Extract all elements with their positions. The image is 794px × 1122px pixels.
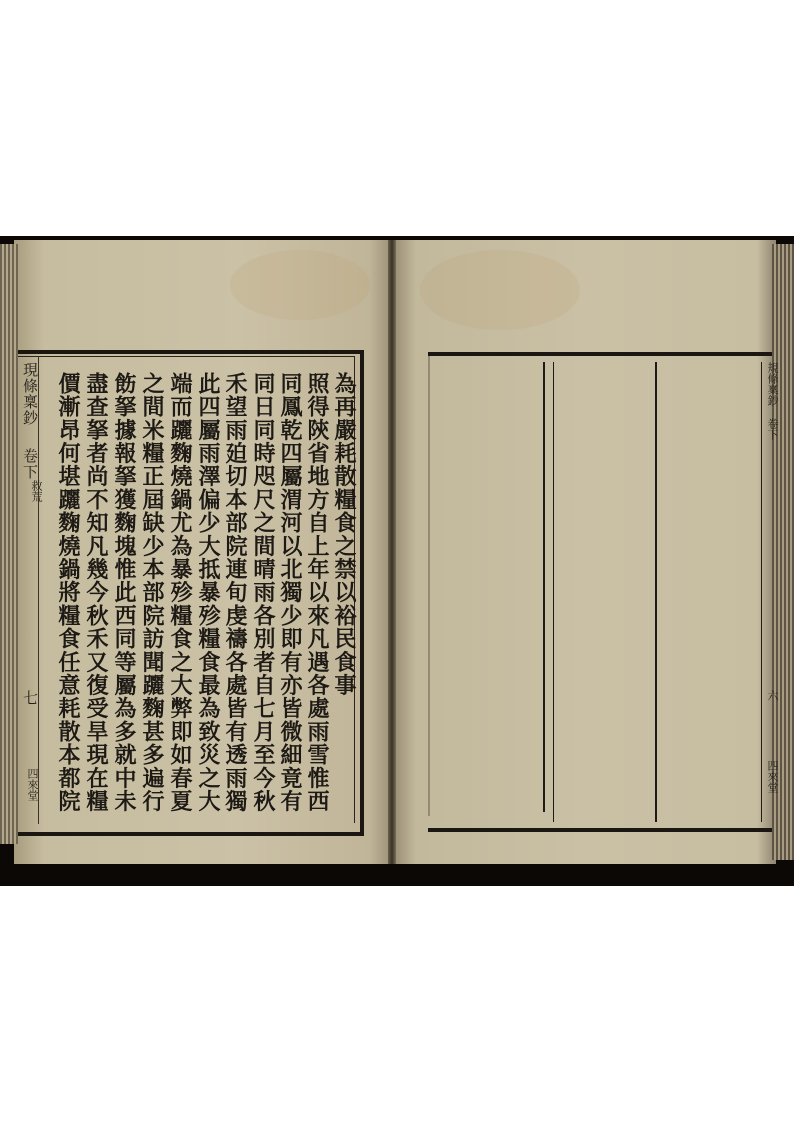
text-column-title: 為再嚴耗散糧食之禁以裕民食事 [332, 372, 356, 697]
paper-stain [230, 250, 370, 320]
right-margin-publisher: 四來堂 [764, 760, 780, 793]
text-column: 禾望雨廹切本部院連旬虔禱各處皆有透雨獨 [223, 372, 247, 813]
margin-rule [761, 362, 762, 822]
text-column: 之間米糧正屆缺少本部院訪聞躧麴甚多遍行 [140, 372, 164, 813]
margin-rule [38, 356, 39, 824]
text-column: 飭拏據報拏獲麴塊惟此西同等屬為多就中未 [112, 372, 136, 813]
faded-frame-edge [428, 356, 550, 816]
column-rule [543, 362, 545, 812]
left-margin-book-title: 現條稟鈔 [20, 362, 41, 426]
column-rule [655, 362, 657, 822]
text-column: 此四屬雨澤偏少大抵暴殄糧食最為致災之大 [196, 372, 220, 813]
text-column: 照得陝省地方自上年以來凡遇各處雨雪惟西 [305, 372, 329, 813]
right-margin-page-number: 六 [764, 690, 780, 701]
left-margin-section: 救荒 [28, 480, 44, 502]
right-margin-volume: 卷下 [764, 418, 780, 440]
column-rule [553, 362, 554, 822]
left-margin-publisher: 四來堂 [24, 768, 40, 801]
book-gutter [388, 240, 396, 864]
left-page-stack-edge [0, 244, 18, 844]
text-column: 價漸昂何堪躧麴燒鍋將糧食任意耗散本都院 [56, 372, 80, 813]
text-column: 盡查拏者尚不知凡幾今秋禾又復受旱現在糧 [84, 372, 108, 813]
text-column: 端而躧麴燒鍋尤為暴殄糧食之大弊即如春夏 [168, 372, 192, 813]
text-column: 同日同時咫尺之間晴雨各別者自七月至今秋 [251, 372, 275, 813]
left-margin-page-number: 七 [20, 690, 41, 706]
text-column: 同鳳乾四屬渭河以北獨少即有亦皆微細竟有 [278, 372, 302, 813]
left-margin-volume: 卷下 [20, 448, 41, 480]
paper-stain [420, 250, 580, 330]
right-margin-book-title: 規條稟鈔 [764, 362, 780, 406]
